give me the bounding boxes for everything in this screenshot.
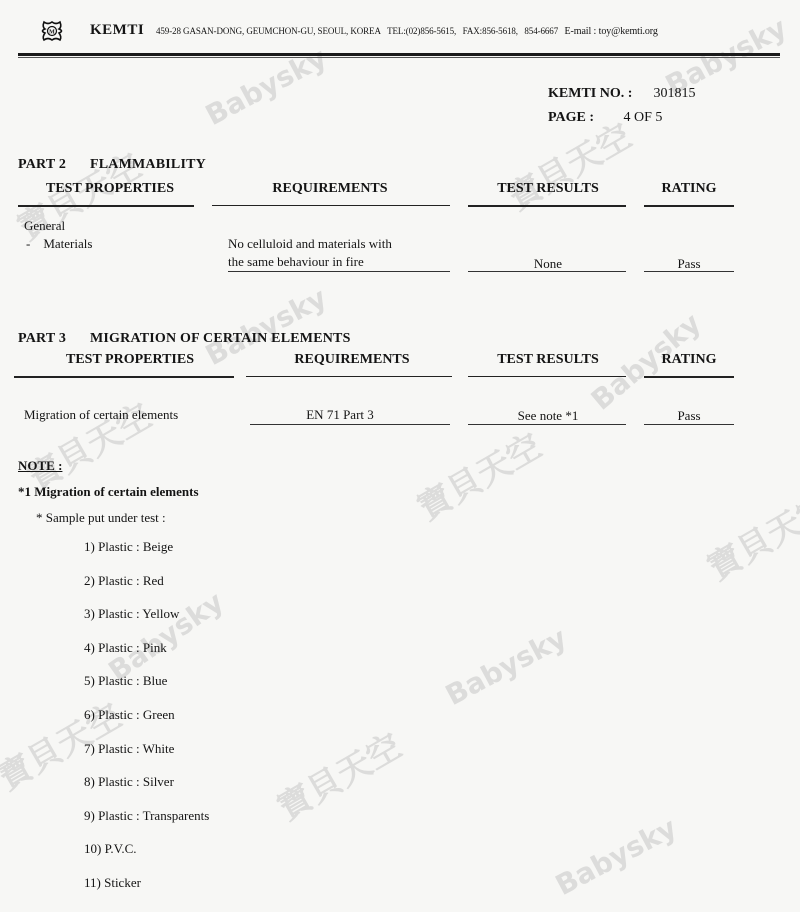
header-underline bbox=[468, 376, 626, 377]
row-requirement-line1: No celluloid and materials with bbox=[228, 236, 392, 252]
letterhead: M KEMTI 459-28 GASAN-DONG, GEUMCHON-GU, … bbox=[38, 18, 788, 44]
row-rating: Pass bbox=[645, 256, 733, 272]
list-item: 4) Plastic : Pink bbox=[84, 640, 209, 674]
svg-text:M: M bbox=[49, 30, 55, 36]
page-number: 4 OF 5 bbox=[624, 110, 663, 125]
note-subtitle: *1 Migration of certain elements bbox=[18, 484, 199, 500]
header-underline bbox=[212, 205, 450, 206]
part2-number: PART 2 bbox=[18, 157, 90, 173]
col-test-properties: TEST PROPERTIES bbox=[20, 181, 200, 197]
list-item: 2) Plastic : Red bbox=[84, 573, 209, 607]
brand-name: KEMTI bbox=[90, 22, 144, 39]
row-underline bbox=[250, 424, 450, 425]
report-number-label: KEMTI NO. : bbox=[548, 86, 650, 102]
row-underline bbox=[644, 424, 734, 425]
row-underline bbox=[468, 424, 626, 425]
part3-number: PART 3 bbox=[18, 331, 90, 347]
watermark: Babysky bbox=[440, 621, 572, 712]
header-underline bbox=[468, 205, 626, 207]
watermark: Babysky bbox=[550, 811, 682, 902]
note-heading: NOTE : bbox=[18, 458, 62, 474]
part2-title: PART 2FLAMMABILITY bbox=[18, 157, 206, 173]
header-underline bbox=[644, 205, 734, 207]
list-item: 9) Plastic : Transparents bbox=[84, 808, 209, 842]
list-item: 8) Plastic : Silver bbox=[84, 774, 209, 808]
row-property: - Materials bbox=[26, 236, 92, 252]
header-underline bbox=[18, 205, 194, 207]
list-item: 11) Sticker bbox=[84, 875, 209, 909]
row-underline bbox=[468, 271, 626, 272]
row-group: General bbox=[24, 218, 65, 234]
report-info: KEMTI NO. : 301815 PAGE : 4 OF 5 bbox=[548, 86, 696, 134]
row-result: None bbox=[468, 256, 628, 272]
address: 459-28 GASAN-DONG, GEUMCHON-GU, SEOUL, K… bbox=[156, 26, 381, 36]
watermark: 寶貝天空 bbox=[697, 479, 800, 589]
col-requirements: REQUIREMENTS bbox=[210, 181, 450, 197]
page-label: PAGE : bbox=[548, 110, 620, 126]
col-test-properties: TEST PROPERTIES bbox=[40, 352, 220, 368]
sample-label: * Sample put under test : bbox=[36, 510, 166, 526]
fax: FAX:856-5618, bbox=[463, 26, 518, 36]
sample-list: 1) Plastic : Beige 2) Plastic : Red 3) P… bbox=[84, 539, 209, 909]
kemti-logo-icon: M bbox=[38, 20, 66, 42]
header-underline bbox=[644, 376, 734, 378]
list-item: 1) Plastic : Beige bbox=[84, 539, 209, 573]
col-test-results: TEST RESULTS bbox=[468, 181, 628, 197]
contact-line: 459-28 GASAN-DONG, GEUMCHON-GU, SEOUL, K… bbox=[156, 26, 658, 37]
list-item: 5) Plastic : Blue bbox=[84, 673, 209, 707]
email: E-mail : toy@kemti.org bbox=[565, 26, 658, 37]
row-underline bbox=[644, 271, 734, 272]
part2-name: FLAMMABILITY bbox=[90, 157, 206, 172]
report-page: Babysky Babysky 寶貝天空 寶貝天空 Babysky Babysk… bbox=[0, 0, 800, 912]
row-requirement: EN 71 Part 3 bbox=[270, 407, 410, 423]
row-property: Migration of certain elements bbox=[24, 407, 178, 423]
header-underline bbox=[246, 376, 452, 377]
col-test-results: TEST RESULTS bbox=[468, 352, 628, 368]
row-underline bbox=[228, 271, 450, 272]
header-underline bbox=[14, 376, 234, 378]
row-result: See note *1 bbox=[468, 408, 628, 424]
col-rating: RATING bbox=[645, 352, 733, 368]
report-number: 301815 bbox=[654, 86, 696, 101]
row-rating: Pass bbox=[645, 408, 733, 424]
part3-name: MIGRATION OF CERTAIN ELEMENTS bbox=[90, 331, 351, 346]
list-item: 10) P.V.C. bbox=[84, 841, 209, 875]
watermark: 寶貝天空 bbox=[267, 719, 409, 829]
header-rule bbox=[18, 53, 780, 56]
col-requirements: REQUIREMENTS bbox=[232, 352, 472, 368]
fax-2: 854-6667 bbox=[524, 26, 558, 36]
part3-title: PART 3MIGRATION OF CERTAIN ELEMENTS bbox=[18, 331, 351, 347]
col-rating: RATING bbox=[645, 181, 733, 197]
watermark: 寶貝天空 bbox=[407, 419, 549, 529]
list-item: 3) Plastic : Yellow bbox=[84, 606, 209, 640]
row-requirement-line2: the same behaviour in fire bbox=[228, 254, 364, 270]
telephone: TEL:(02)856-5615, bbox=[387, 26, 456, 36]
header-rule-thin bbox=[18, 57, 780, 58]
list-item: 6) Plastic : Green bbox=[84, 707, 209, 741]
list-item: 7) Plastic : White bbox=[84, 741, 209, 775]
